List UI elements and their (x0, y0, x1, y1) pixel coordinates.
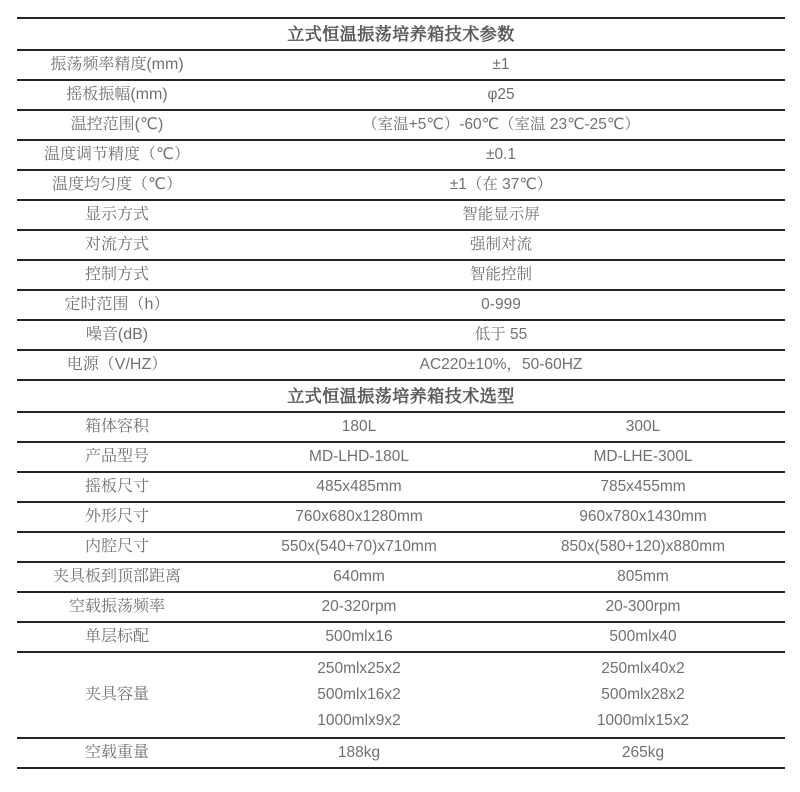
model-row-model-number: 产品型号 MD-LHD-180L MD-LHE-300L (17, 443, 785, 473)
spec-label: 摇板振幅(mm) (17, 86, 217, 104)
spec-label: 振荡频率精度(mm) (17, 56, 217, 74)
spec-label: 控制方式 (17, 266, 217, 284)
spec-value-300l: 265kg (501, 744, 785, 762)
spec-label: 箱体容积 (17, 418, 217, 436)
spec-label: 温度均匀度（℃） (17, 176, 217, 194)
models-section-header: 立式恒温振荡培养箱技术选型 (17, 381, 785, 413)
spec-value-180l: 250mlx25x2 500mlx16x2 1000mlx9x2 (217, 653, 501, 737)
spec-value-300l: 500mlx40 (501, 628, 785, 646)
spec-row-timer-range: 定时范围（h） 0-999 (17, 291, 785, 321)
model-row-clamp-capacity: 夹具容量 250mlx25x2 500mlx16x2 1000mlx9x2 25… (17, 653, 785, 739)
spec-row-oscillation-accuracy: 振荡频率精度(mm) ±1 (17, 51, 785, 81)
spec-label: 对流方式 (17, 236, 217, 254)
spec-value-300l: 805mm (501, 568, 785, 586)
spec-value: 低于 55 (217, 326, 785, 344)
clamp-capacity-line: 250mlx25x2 (217, 656, 501, 682)
spec-row-temp-range: 温控范围(℃) （室温+5℃）-60℃（室温 23℃-25℃） (17, 111, 785, 141)
spec-value-300l: 300L (501, 418, 785, 436)
spec-label: 电源（V/HZ） (17, 356, 217, 374)
spec-label: 空载重量 (17, 744, 217, 762)
spec-value: （室温+5℃）-60℃（室温 23℃-25℃） (217, 116, 785, 134)
clamp-capacity-line: 500mlx28x2 (501, 682, 785, 708)
spec-value-180l: 20-320rpm (217, 598, 501, 616)
spec-value-180l: 760x680x1280mm (217, 508, 501, 526)
spec-value-300l: 250mlx40x2 500mlx28x2 1000mlx15x2 (501, 653, 785, 737)
model-row-inner-size: 内腔尺寸 550x(540+70)x710mm 850x(580+120)x88… (17, 533, 785, 563)
spec-row-display-mode: 显示方式 智能显示屏 (17, 201, 785, 231)
spec-label: 定时范围（h） (17, 296, 217, 314)
spec-label: 外形尺寸 (17, 508, 217, 526)
spec-value-300l: MD-LHE-300L (501, 448, 785, 466)
spec-value: ±1（在 37℃） (217, 176, 785, 194)
spec-label: 温控范围(℃) (17, 116, 217, 134)
clamp-capacity-line: 250mlx40x2 (501, 656, 785, 682)
params-section-title: 立式恒温振荡培养箱技术参数 (287, 25, 515, 44)
spec-label: 温度调节精度（℃） (17, 146, 217, 164)
spec-value-180l: 500mlx16 (217, 628, 501, 646)
spec-label: 夹具板到顶部距离 (17, 568, 217, 586)
spec-label: 夹具容量 (17, 686, 217, 704)
spec-label: 内腔尺寸 (17, 538, 217, 556)
spec-label: 摇板尺寸 (17, 478, 217, 496)
model-row-capacity: 箱体容积 180L 300L (17, 413, 785, 443)
model-row-plate-size: 摇板尺寸 485x485mm 785x455mm (17, 473, 785, 503)
models-section-title: 立式恒温振荡培养箱技术选型 (287, 387, 515, 406)
spec-value: ±1 (217, 56, 785, 74)
model-row-outer-size: 外形尺寸 760x680x1280mm 960x780x1430mm (17, 503, 785, 533)
spec-sheet: 立式恒温振荡培养箱技术参数 振荡频率精度(mm) ±1 摇板振幅(mm) φ25… (0, 0, 800, 769)
clamp-capacity-line: 1000mlx15x2 (501, 708, 785, 734)
spec-row-control-mode: 控制方式 智能控制 (17, 261, 785, 291)
spec-table: 立式恒温振荡培养箱技术参数 振荡频率精度(mm) ±1 摇板振幅(mm) φ25… (17, 17, 785, 769)
spec-value-300l: 785x455mm (501, 478, 785, 496)
spec-value: ±0.1 (217, 146, 785, 164)
model-row-clamp-to-top-distance: 夹具板到顶部距离 640mm 805mm (17, 563, 785, 593)
spec-value-180l: 485x485mm (217, 478, 501, 496)
spec-value: φ25 (217, 86, 785, 104)
spec-row-convection-mode: 对流方式 强制对流 (17, 231, 785, 261)
spec-label: 噪音(dB) (17, 326, 217, 344)
params-section-header: 立式恒温振荡培养箱技术参数 (17, 19, 785, 51)
spec-value-180l: MD-LHD-180L (217, 448, 501, 466)
spec-value: 智能显示屏 (217, 206, 785, 224)
spec-row-power: 电源（V/HZ） AC220±10%，50-60HZ (17, 351, 785, 381)
spec-value-180l: 188kg (217, 744, 501, 762)
spec-value: 0-999 (217, 296, 785, 314)
spec-value-180l: 640mm (217, 568, 501, 586)
spec-row-temp-uniformity: 温度均匀度（℃） ±1（在 37℃） (17, 171, 785, 201)
spec-label: 产品型号 (17, 448, 217, 466)
spec-label: 空载振荡频率 (17, 598, 217, 616)
spec-value: AC220±10%，50-60HZ (217, 356, 785, 374)
spec-row-plate-amplitude: 摇板振幅(mm) φ25 (17, 81, 785, 111)
model-row-no-load-weight: 空载重量 188kg 265kg (17, 739, 785, 769)
spec-row-noise: 噪音(dB) 低于 55 (17, 321, 785, 351)
clamp-capacity-line: 1000mlx9x2 (217, 708, 501, 734)
spec-value-300l: 850x(580+120)x880mm (501, 538, 785, 556)
spec-row-temp-adjust-accuracy: 温度调节精度（℃） ±0.1 (17, 141, 785, 171)
spec-value: 强制对流 (217, 236, 785, 254)
model-row-single-layer-standard: 单层标配 500mlx16 500mlx40 (17, 623, 785, 653)
model-row-no-load-frequency: 空载振荡频率 20-320rpm 20-300rpm (17, 593, 785, 623)
spec-label: 单层标配 (17, 628, 217, 646)
spec-value-300l: 960x780x1430mm (501, 508, 785, 526)
spec-value: 智能控制 (217, 266, 785, 284)
spec-value-180l: 550x(540+70)x710mm (217, 538, 501, 556)
spec-value-180l: 180L (217, 418, 501, 436)
clamp-capacity-line: 500mlx16x2 (217, 682, 501, 708)
spec-label: 显示方式 (17, 206, 217, 224)
spec-value-300l: 20-300rpm (501, 598, 785, 616)
